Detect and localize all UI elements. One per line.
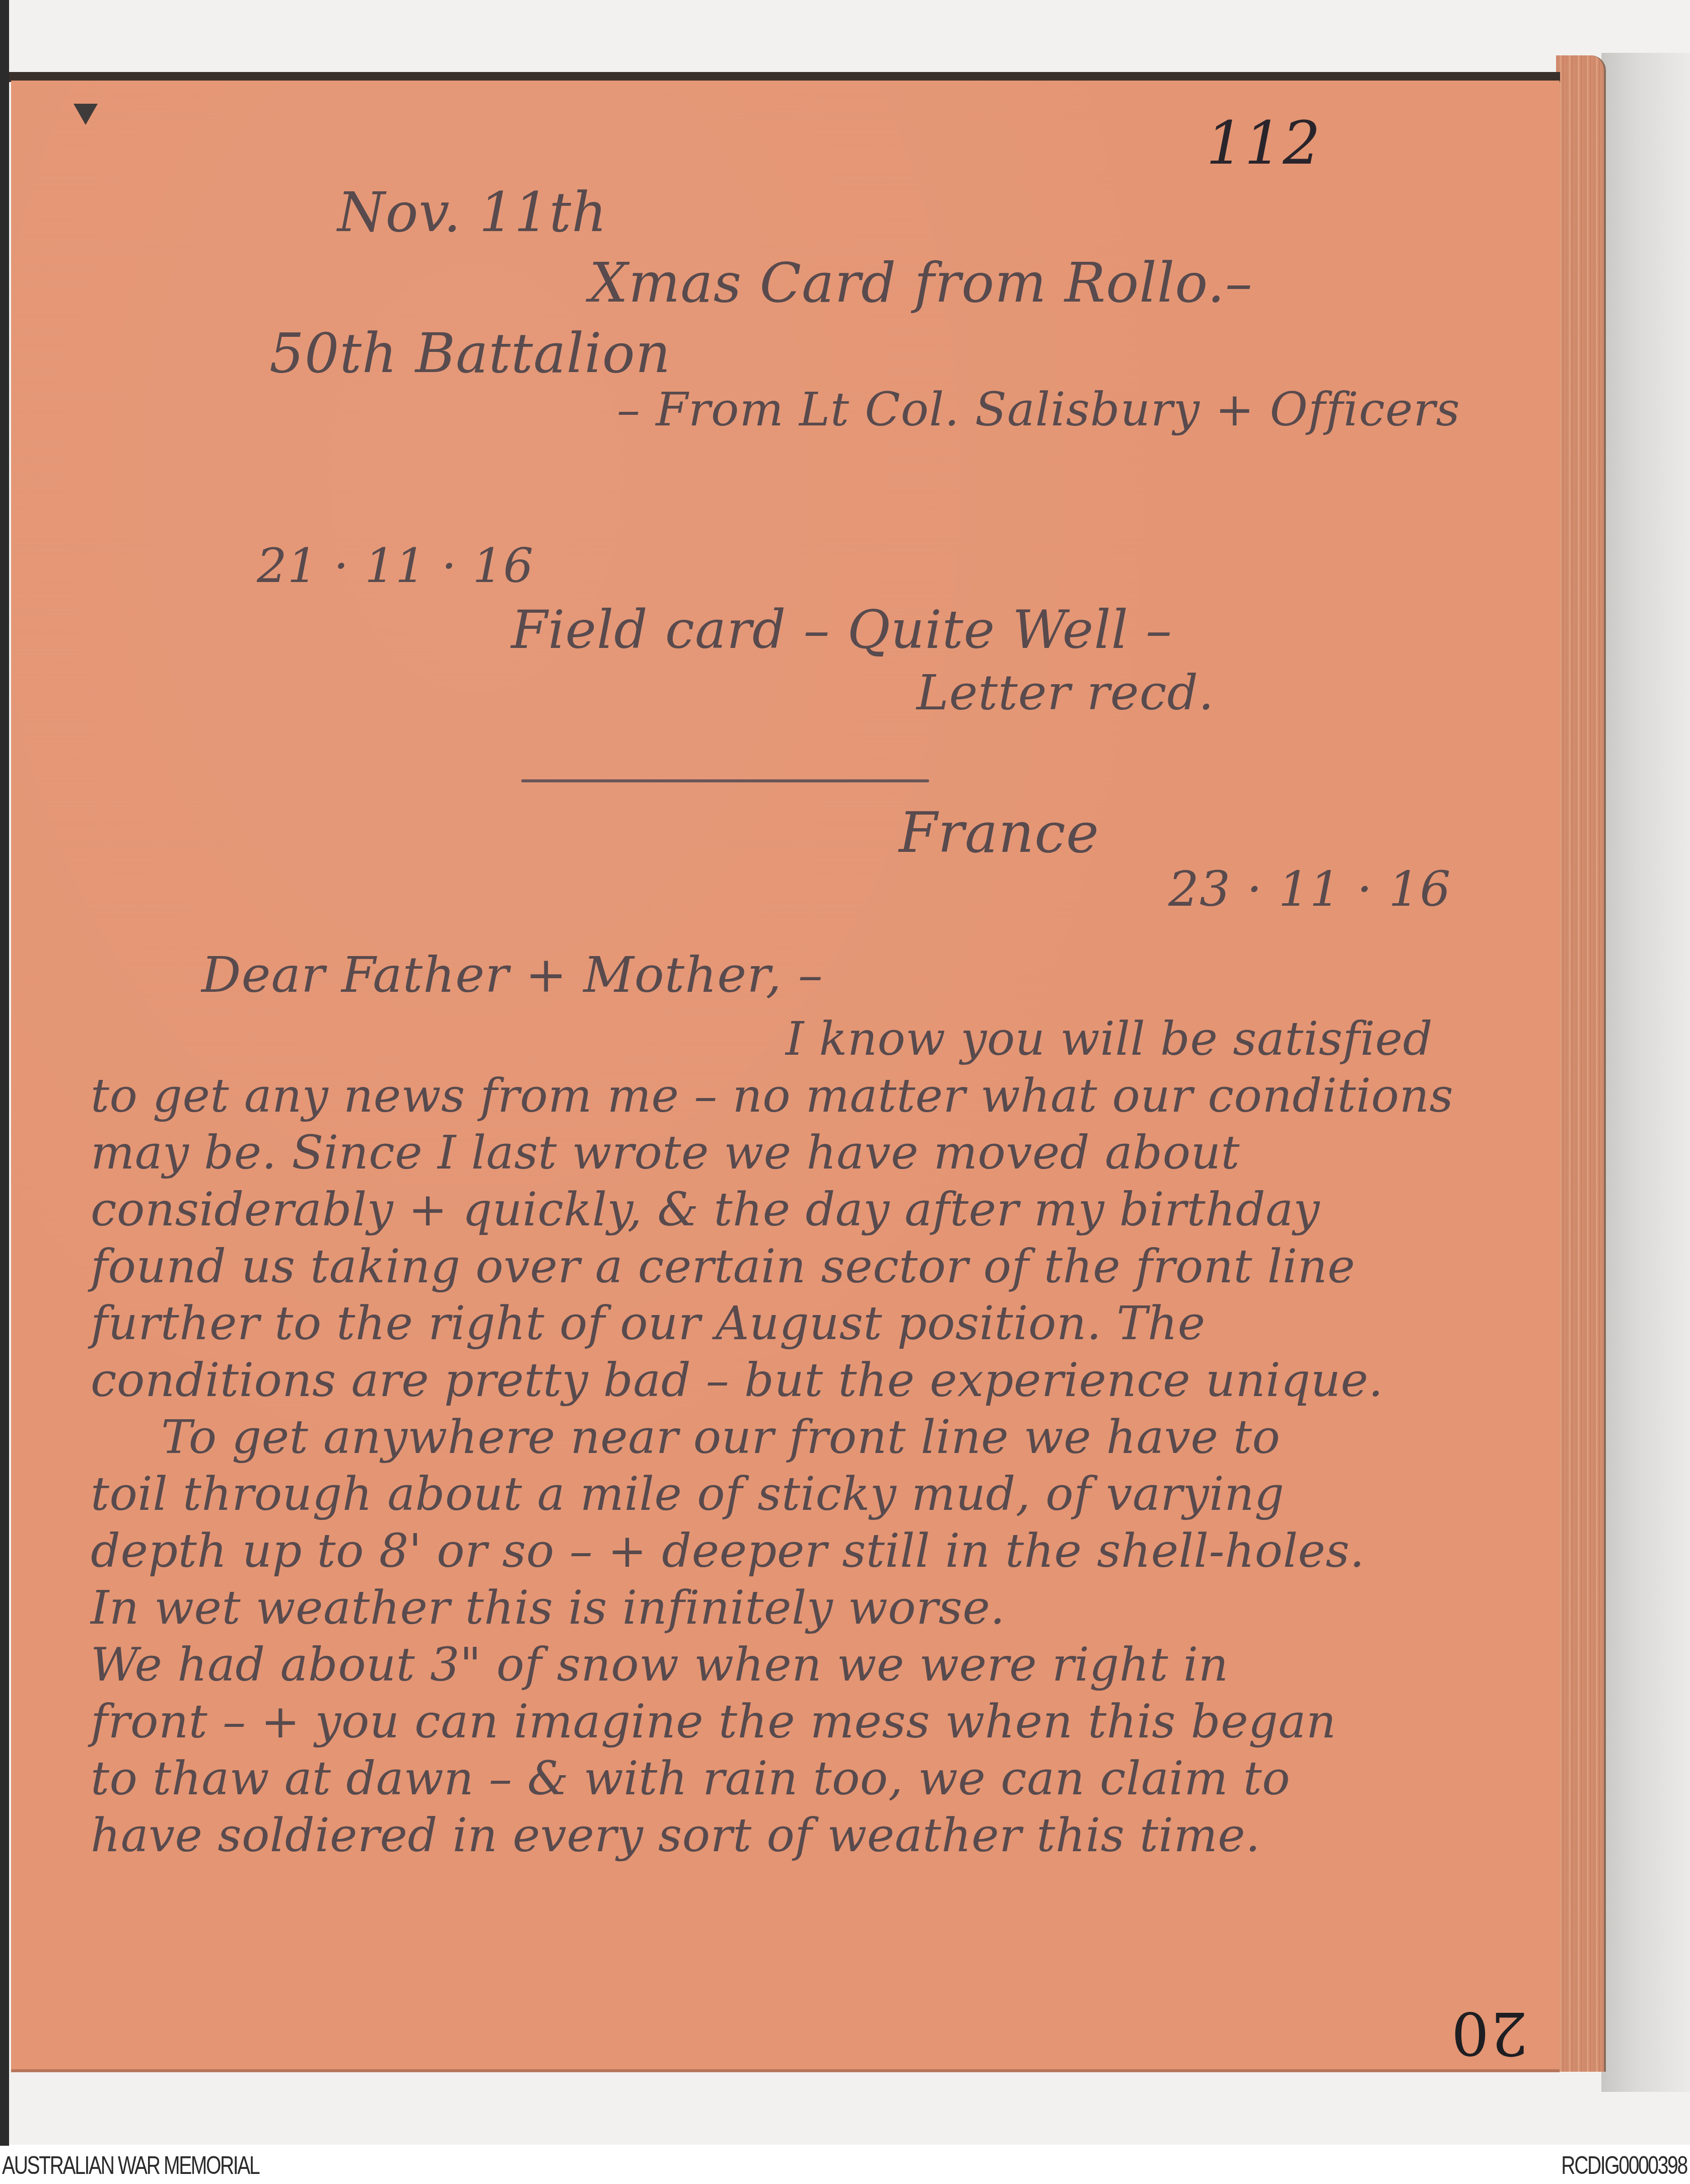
footer: AUSTRALIAN WAR MEMORIAL RCDIG0000398 bbox=[0, 2146, 1690, 2184]
page-stack-edge bbox=[1556, 55, 1606, 2072]
section-divider bbox=[521, 779, 929, 782]
scan-left-edge bbox=[0, 0, 9, 2150]
letter-line: To get anywhere near our front line we h… bbox=[91, 1410, 1516, 1467]
letter-line: In wet weather this is infinitely worse. bbox=[91, 1581, 1516, 1638]
entry-date: Nov. 11th bbox=[337, 181, 607, 244]
letter-line: We had about 3" of snow when we were rig… bbox=[91, 1638, 1516, 1695]
letter-line: further to the right of our August posit… bbox=[91, 1296, 1516, 1353]
letter-line: depth up to 8' or so – + deeper still in… bbox=[91, 1524, 1516, 1581]
page-stamp-number: 20 bbox=[1450, 1999, 1528, 2068]
entry-text: Letter recd. bbox=[917, 665, 1214, 721]
institution-label: AUSTRALIAN WAR MEMORIAL bbox=[2, 2151, 259, 2180]
letter-place: France bbox=[899, 800, 1099, 865]
letter-salutation: Dear Father + Mother, – bbox=[201, 947, 823, 1004]
entry-unit: 50th Battalion bbox=[269, 322, 671, 385]
letter-line: found us taking over a certain sector of… bbox=[91, 1240, 1516, 1296]
letter-line: toil through about a mile of sticky mud,… bbox=[91, 1467, 1516, 1524]
letter-line: may be. Since I last wrote we have moved… bbox=[91, 1126, 1516, 1183]
letter-line: to thaw at dawn – & with rain too, we ca… bbox=[91, 1752, 1516, 1808]
letter-line: I know you will be satisfied bbox=[91, 1012, 1516, 1069]
letter-line: considerably + quickly, & the day after … bbox=[91, 1183, 1516, 1240]
letter-date: 23 · 11 · 16 bbox=[1168, 861, 1451, 917]
corner-tab-marker bbox=[74, 104, 98, 125]
entry-text: Xmas Card from Rollo.– bbox=[589, 252, 1253, 315]
scan-right-shadow bbox=[1601, 53, 1690, 2092]
entry-text: Field card – Quite Well – bbox=[511, 599, 1172, 661]
entry-date: 21 · 11 · 16 bbox=[257, 539, 534, 594]
entry-text: – From Lt Col. Salisbury + Officers bbox=[617, 383, 1460, 436]
letter-line: conditions are pretty bad – but the expe… bbox=[91, 1353, 1516, 1410]
letter-body: I know you will be satisfied to get any … bbox=[91, 1012, 1516, 1865]
record-id: RCDIG0000398 bbox=[1562, 2151, 1687, 2180]
letter-line: front – + you can imagine the mess when … bbox=[91, 1695, 1516, 1752]
folio-number: 112 bbox=[1206, 108, 1321, 178]
letter-line: to get any news from me – no matter what… bbox=[91, 1069, 1516, 1126]
letter-line: have soldiered in every sort of weather … bbox=[91, 1808, 1516, 1865]
